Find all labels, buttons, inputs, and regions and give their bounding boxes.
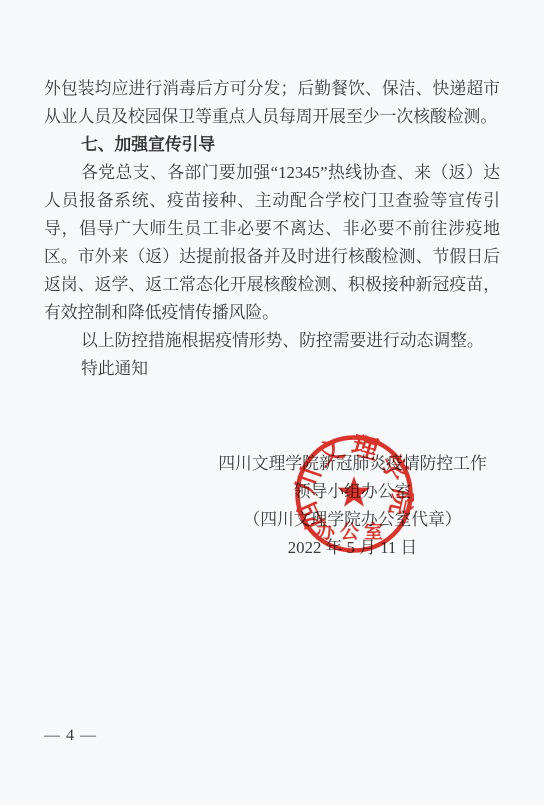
signature-date: 2022 年 5 月 11 日: [175, 534, 530, 562]
document-line: 以上防控措施根据疫情形势、防控需要进行动态调整。: [44, 327, 500, 355]
document-line: 外包装均应进行消毒后方可分发；后勤餐饮、保洁、快递超市: [44, 75, 500, 103]
page-number: — 4 —: [44, 727, 97, 745]
signature-org-line2: 领导小组办公室: [175, 478, 530, 506]
document-line: 人员报备系统、疫苗接种、主动配合学校门卫查验等宣传引: [44, 187, 500, 215]
document-line: 有效控制和降低疫情传播风险。: [44, 299, 500, 327]
document-body: 外包装均应进行消毒后方可分发；后勤餐饮、保洁、快递超市从业人员及校园保卫等重点人…: [44, 75, 500, 383]
section-heading: 七、加强宣传引导: [44, 131, 500, 159]
document-line: 区。市外来（返）达提前报备并及时进行核酸检测、节假日后: [44, 243, 500, 271]
document-line: 返岗、返学、返工常态化开展核酸检测、积极接种新冠疫苗，: [44, 271, 500, 299]
document-line: 从业人员及校园保卫等重点人员每周开展至少一次核酸检测。: [44, 103, 500, 131]
signature-proxy-note: （四川文理学院办公室代章）: [175, 506, 530, 534]
signature-org-line1: 四川文理学院新冠肺炎疫情防控工作: [175, 450, 530, 478]
document-line: 导，倡导广大师生员工非必要不离达、非必要不前往涉疫地: [44, 215, 500, 243]
document-line: 各党总支、各部门要加强“12345”热线协查、来（返）达: [44, 159, 500, 187]
signature-block: 四川文理学院新冠肺炎疫情防控工作 领导小组办公室 （四川文理学院办公室代章） 2…: [175, 450, 530, 562]
document-page: 外包装均应进行消毒后方可分发；后勤餐饮、保洁、快递超市从业人员及校园保卫等重点人…: [0, 0, 544, 805]
document-line: 特此通知: [44, 355, 500, 383]
